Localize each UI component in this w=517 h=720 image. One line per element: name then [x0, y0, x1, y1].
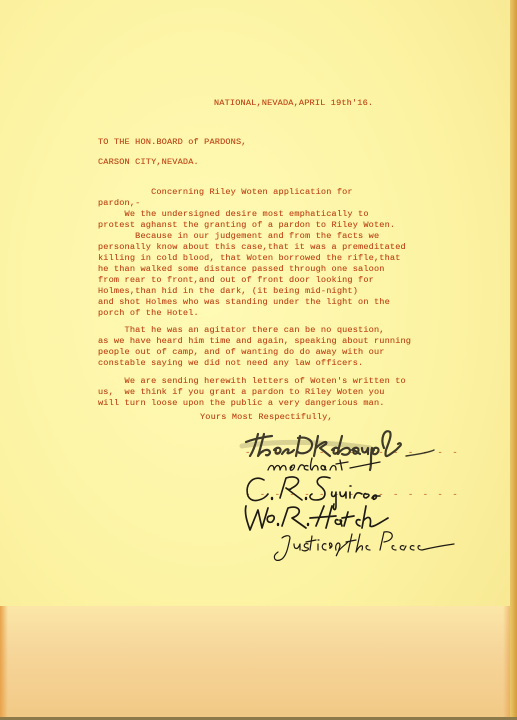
signature-2	[247, 477, 380, 510]
body-line: as we have heard him time and again, spe…	[98, 336, 411, 347]
body-line: protest aghanst the granting of a pardon…	[98, 220, 395, 231]
body-line: personally know about this case,that it …	[98, 242, 406, 253]
body-line: We are sending herewith letters of Woten…	[98, 376, 406, 387]
body-line: from rear to front,and out of front door…	[98, 275, 374, 286]
recipient-line-2: CARSON CITY,NEVADA.	[98, 157, 199, 168]
signature-3-title	[274, 532, 454, 561]
signature-1	[246, 431, 434, 470]
body-line: Concerning Riley Woten application for	[98, 187, 353, 198]
body-line: pardon,-	[98, 198, 140, 209]
body-line: and shot Holmes who was standing under t…	[98, 297, 390, 308]
body-line: Holmes,than hid in the dark, (it being m…	[98, 286, 358, 297]
body-line: us, we think if you grant a pardon to Ri…	[98, 387, 385, 398]
body-line: will turn loose upon the public a very d…	[98, 398, 385, 409]
body-line: killing in cold blood, that Woten borrow…	[98, 253, 401, 264]
body-line: That he was an agitator there can be no …	[98, 325, 385, 336]
signature-block: - - - - - - - - - - - - - - - - - - - - …	[220, 420, 470, 570]
body-line: people out of camp, and of wanting do do…	[98, 347, 385, 358]
recipient-line-1: TO THE HON.BOARD of PARDONS,	[98, 137, 247, 148]
body-line: constable saying we did not need any law…	[98, 358, 363, 369]
paper-edge	[510, 0, 517, 720]
body-line: porch of the Hotel.	[98, 308, 199, 319]
body-line: he than walked some distance passed thro…	[98, 264, 385, 275]
dateline: NATIONAL,NEVADA,APRIL 19th'16.	[214, 98, 373, 109]
signature-1-title	[268, 458, 380, 470]
aged-paper-fold	[0, 606, 517, 718]
handwritten-signatures	[220, 420, 470, 570]
signature-3	[245, 506, 388, 530]
body-line: Because in our judgement and from the fa…	[98, 231, 379, 242]
body-line: We the undersigned desire most emphatica…	[98, 209, 369, 220]
